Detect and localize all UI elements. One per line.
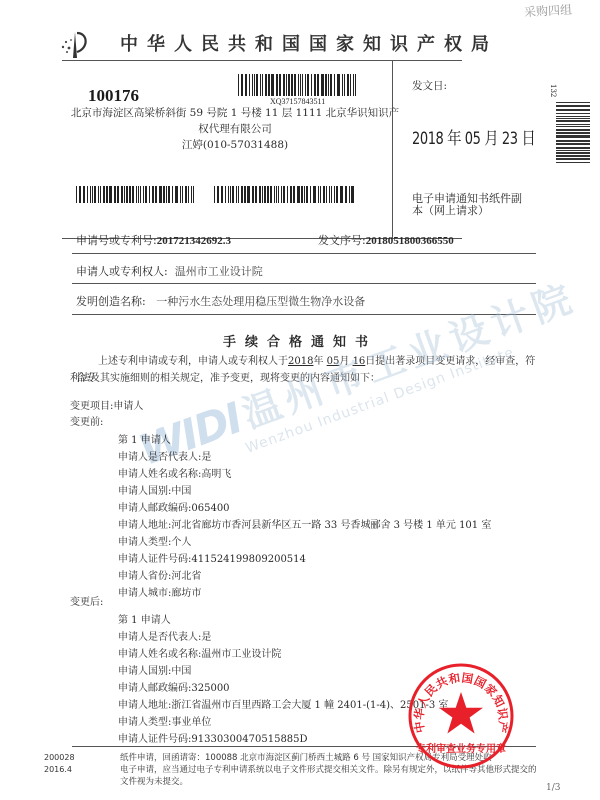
invention-value: 一种污水生态处理用稳压型微生物净水设备 [156, 295, 365, 308]
footer-line-3: 文件视为未提交。 [120, 776, 560, 788]
notice-text: 上述专利申请或专利，申请人或专利权人于 [98, 356, 288, 367]
issue-date: 2018 年 05 月 23 日 [412, 124, 535, 149]
list-item: 申请人国别:中国 [118, 483, 491, 500]
before-list: 第 1 申请人申请人是否代表人:是申请人姓名或名称:高明飞申请人国别:中国申请人… [118, 432, 491, 602]
list-item: 申请人证件号码:411524199809200514 [118, 551, 491, 568]
recipient-address-line1: 北京市海淀区高梁桥斜街 59 号院 1 号楼 11 层 1111 北京华识知识产 [70, 106, 400, 120]
side-code: 132 [549, 84, 557, 97]
after-label: 变更后: [70, 594, 103, 611]
routing-barcode-2 [214, 186, 356, 203]
issue-date-label: 发文日: [412, 78, 447, 93]
applicant-label: 申请人或专利权人: [76, 265, 168, 278]
list-item: 申请人姓名或名称:高明飞 [118, 466, 491, 483]
list-item: 申请人地址:河北省廊坊市香河县新华区五一路 33 号香城郦舍 3 号楼 1 单元… [118, 517, 491, 534]
application-number-field: 申请号或专利号:201721342692.3 [76, 232, 231, 248]
application-number-label: 申请号或专利号: [76, 234, 157, 247]
serial-number-field: 发文序号:2018051800366550 [318, 232, 454, 248]
after-list: 第 1 申请人申请人是否代表人:是申请人姓名或名称:温州市工业设计院申请人国别:… [118, 612, 448, 748]
recipient-barcode [238, 74, 360, 96]
invention-field: 发明创造名称: 一种污水生态处理用稳压型微生物净水设备 [76, 293, 365, 309]
serial-number-value: 2018051800366550 [366, 235, 454, 247]
barcode-number: XQ37157843511 [270, 97, 325, 106]
recipient-address-line2: 权代理有限公司 [70, 122, 400, 136]
list-item: 第 1 申请人 [118, 612, 448, 629]
list-item: 申请人邮政编码:325000 [118, 680, 448, 697]
list-item: 申请人是否代表人:是 [118, 449, 491, 466]
page-number: 1/3 [546, 783, 560, 793]
application-number-value: 201721342692.3 [157, 235, 231, 247]
change-item: 变更项目:申请人 [70, 398, 143, 415]
routing-barcode-1 [76, 186, 198, 203]
applicant-value: 温州市工业设计院 [175, 265, 263, 278]
svg-text:专利审查业务专用章: 专利审查业务专用章 [416, 742, 506, 755]
form-code: 200028 2016.4 [44, 752, 75, 776]
list-item: 申请人城市:廊坊市 [118, 585, 491, 602]
before-label: 变更前: [70, 414, 103, 431]
list-item: 申请人类型:个人 [118, 534, 491, 551]
list-item: 申请人是否代表人:是 [118, 629, 448, 646]
organization-title: 中华人民共和国国家知识产权局 [120, 30, 498, 56]
postcode: 100176 [88, 86, 139, 106]
list-item: 申请人省份:河北省 [118, 568, 491, 585]
list-item: 申请人邮政编码:065400 [118, 500, 491, 517]
list-item: 申请人类型:事业单位 [118, 714, 448, 731]
handwritten-note: 采购四组 [524, 1, 573, 20]
list-item: 申请人地址:浙江省温州市百里西路工会大厦 1 幢 2401-(1-4)、2501… [118, 697, 448, 714]
serial-number-label: 发文序号: [318, 234, 366, 247]
list-item: 申请人国别:中国 [118, 663, 448, 680]
row-rule-2 [72, 283, 536, 284]
list-item: 申请人姓名或名称:温州市工业设计院 [118, 646, 448, 663]
electronic-copy-note: 电子申请通知书纸件副本（网上请求） [412, 193, 532, 217]
official-seal-icon: 中华人民共和国国家知识产权局 专利审查业务专用章 [407, 662, 515, 770]
side-barcode [556, 102, 590, 166]
applicant-field: 申请人或专利权人: 温州市工业设计院 [76, 263, 263, 279]
invention-label: 发明创造名称: [76, 295, 146, 308]
form-code-date: 2016.4 [44, 764, 75, 776]
recipient-contact: 江婷(010-57031488) [70, 138, 400, 152]
form-code-number: 200028 [44, 752, 75, 764]
row-rule-1 [72, 253, 536, 254]
cnipa-logo-icon [58, 28, 92, 58]
header-rule [62, 60, 462, 61]
list-item: 第 1 申请人 [118, 432, 491, 449]
